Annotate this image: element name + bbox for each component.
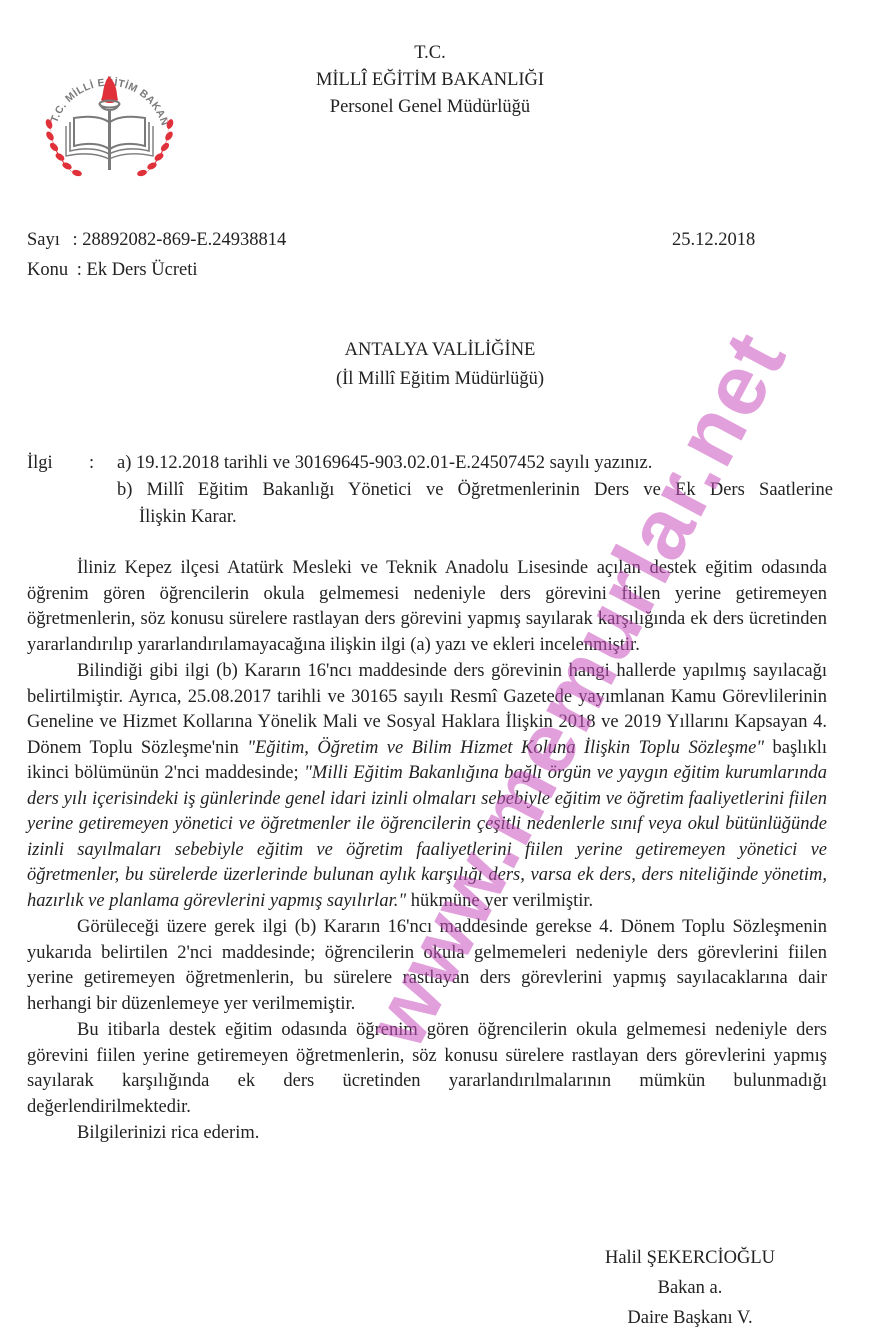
svg-text:T.C. MİLLİ EĞİTİM BAKANLIĞI: T.C. MİLLİ EĞİTİM BAKANLIĞI [34, 46, 171, 128]
ministry-logo: T.C. MİLLİ EĞİTİM BAKANLIĞI [34, 46, 184, 186]
sayi-value: : 28892082-869-E.24938814 [73, 230, 287, 250]
paragraph-5: Bilgilerinizi rica ederim. [27, 1121, 827, 1147]
konu-row: Konu : Ek Ders Ücreti [27, 255, 286, 285]
paragraph-2-quote: "Milli Eğitim Bakanlığına bağlı örgün ve… [27, 763, 827, 911]
recipient-unit: (İl Millî Eğitim Müdürlüğü) [220, 365, 660, 394]
recipient: ANTALYA VALİLİĞİNE (İl Millî Eğitim Müdü… [220, 336, 660, 394]
letterhead-department: Personel Genel Müdürlüğü [260, 94, 600, 121]
paragraph-3: Görüleceği üzere gerek ilgi (b) Kararın … [27, 915, 827, 1017]
reference-label: İlgi [27, 450, 89, 477]
paragraph-2-end: hükmüne yer verilmiştir. [406, 891, 593, 911]
recipient-name: ANTALYA VALİLİĞİNE [220, 336, 660, 365]
reference-a: İlgi : a) 19.12.2018 tarihli ve 30169645… [27, 450, 833, 477]
signatory-title-1: Bakan a. [560, 1273, 820, 1303]
paragraph-4: Bu itibarla destek eğitim odasında öğren… [27, 1018, 827, 1120]
letterhead-ministry: MİLLÎ EĞİTİM BAKANLIĞI [260, 67, 600, 94]
reference-b-tail: İlişkin Karar. [117, 507, 237, 527]
paragraph-2: Bilindiği gibi ilgi (b) Kararın 16'ncı m… [27, 659, 827, 914]
signatory-name: Halil ŞEKERCİOĞLU [560, 1243, 820, 1273]
reference-b-text: b) Millî Eğitim Bakanlığı Yönetici ve Öğ… [27, 477, 833, 504]
letter-body: İliniz Kepez ilçesi Atatürk Mesleki ve T… [27, 556, 827, 1147]
document-date: 25.12.2018 [672, 225, 755, 255]
sayi-row: Sayı : 28892082-869-E.24938814 [27, 225, 286, 255]
paragraph-2-quote-title: "Eğitim, Öğretim ve Bilim Hizmet Koluna … [247, 738, 764, 758]
reference-section: İlgi : a) 19.12.2018 tarihli ve 30169645… [27, 450, 833, 531]
reference-b-continued: İlişkin Karar. [27, 504, 833, 531]
konu-label: Konu [27, 260, 68, 280]
letterhead-tc: T.C. [260, 40, 600, 67]
signatory-title-2: Daire Başkanı V. [560, 1303, 820, 1333]
sayi-label: Sayı [27, 230, 60, 250]
letterhead: T.C. MİLLÎ EĞİTİM BAKANLIĞI Personel Gen… [260, 40, 600, 121]
signature-block: Halil ŞEKERCİOĞLU Bakan a. Daire Başkanı… [560, 1243, 820, 1333]
konu-value: : Ek Ders Ücreti [77, 260, 198, 280]
document-meta: Sayı : 28892082-869-E.24938814 Konu : Ek… [27, 225, 286, 285]
paragraph-1: İliniz Kepez ilçesi Atatürk Mesleki ve T… [27, 556, 827, 658]
reference-colon: : [89, 450, 117, 477]
ministry-emblem-icon: T.C. MİLLİ EĞİTİM BAKANLIĞI [34, 46, 184, 186]
reference-a-text: a) 19.12.2018 tarihli ve 30169645-903.02… [117, 450, 833, 477]
